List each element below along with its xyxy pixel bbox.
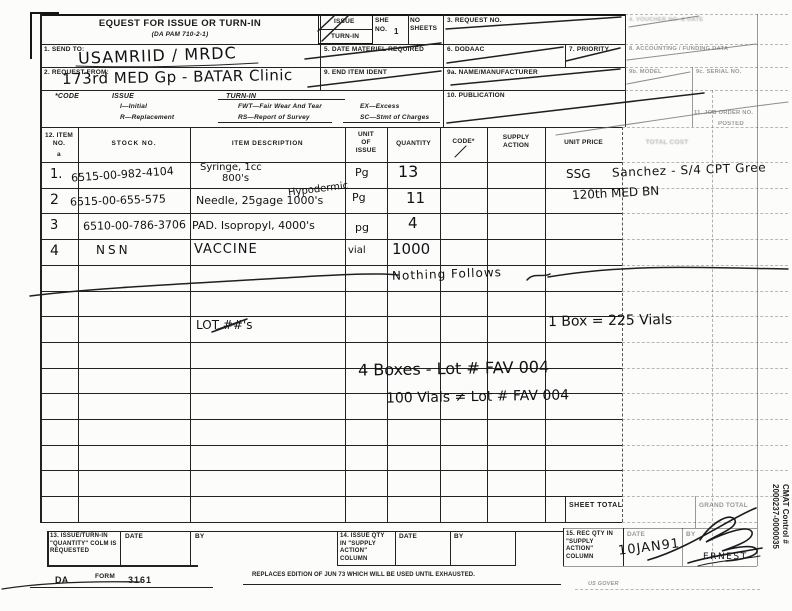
field-13-date: DATE: [125, 533, 143, 541]
grid-line: [682, 528, 683, 566]
cmat-control-stamp: CMAT Control # 2000237-0000035: [770, 484, 790, 586]
field-14-date: DATE: [399, 533, 417, 541]
col-quantity: QUANTITY: [387, 140, 440, 148]
note-box-equals: 1 Box = 225 Vials: [548, 312, 672, 330]
grid-line: [545, 127, 546, 522]
field-13-label: 13. ISSUE/TURN-IN "QUANTITY" COLM IS REQ…: [50, 533, 118, 556]
grid-line: [243, 584, 561, 585]
row3-desc: PAD. Isopropyl, 4000's: [192, 219, 315, 232]
grid-line: [40, 419, 622, 420]
grid-line: [622, 393, 788, 394]
legend-sc: SC—Stmt of Charges: [360, 114, 429, 122]
field-11-label: 11. JOB ORDER NO.: [694, 110, 753, 117]
field-9b-label: 9b. MODEL: [629, 69, 662, 76]
col-total-cost: TOTAL COST: [622, 139, 712, 147]
grid-line: [40, 239, 622, 240]
note-unit: 120th MED BN: [572, 184, 660, 203]
turnin-option: TURN-IN: [331, 33, 359, 41]
field-3-label: 3. REQUEST NO.: [447, 17, 502, 25]
grid-line: [692, 67, 693, 127]
cmat-line2: 2000237-0000035: [770, 484, 780, 586]
sheet-no-label: SHE: [375, 17, 389, 25]
grid-line: [47, 531, 563, 532]
field-4-label: 4. VOUCHER NO. & DATE: [629, 17, 703, 24]
grid-line: [625, 14, 788, 15]
row2-unit: Pg: [352, 191, 366, 204]
grid-line: [318, 29, 373, 30]
grid-line: [515, 531, 516, 566]
row3-unit: pg: [355, 221, 369, 234]
grid-line: [30, 587, 213, 588]
row4-unit: vial: [348, 245, 366, 256]
legend-turnin-label: TURN-IN: [226, 93, 256, 102]
grid-line: [622, 419, 788, 420]
row1-desc: Syringe, 1cc: [200, 162, 262, 173]
field-15-label: 15. REC QTY IN "SUPPLY ACTION" COLUMN: [566, 531, 620, 561]
grid-line: [408, 14, 409, 44]
field-6-label: 6. DODAAC: [447, 46, 485, 54]
grid-line: [622, 470, 788, 471]
grid-line: [622, 342, 788, 343]
grid-line: [440, 127, 441, 522]
grid-line: [40, 90, 625, 91]
field-9a-label: 9a. NAME/MANUFACTURER: [447, 69, 538, 77]
grid-line: [622, 368, 788, 369]
grid-line: [563, 528, 757, 529]
row3-stock: 6510-00-786-3706: [83, 218, 186, 233]
grid-line: [622, 127, 788, 128]
scanned-da-form-3161: EQUEST FOR ISSUE OR TURN-IN (DA PAM 710-…: [0, 0, 792, 611]
grid-line: [625, 14, 626, 127]
field-9c-label: 9c. SERIAL NO.: [696, 69, 742, 76]
lot-label: LOT ##'s: [196, 318, 253, 332]
field-7-label: 7. PRIORITY: [569, 46, 609, 54]
field-1-handwriting: USAMRIID / MRDC: [78, 43, 237, 68]
col-supply-action: SUPPLY ACTION: [494, 134, 538, 150]
row4-stock: NSN: [96, 243, 131, 257]
form-subtitle: (DA PAM 710-2-1): [42, 31, 318, 39]
col-item-description: ITEM DESCRIPTION: [190, 140, 345, 148]
grid-line: [40, 213, 622, 214]
field-14-label: 14. ISSUE QTY IN "SUPPLY ACTION" COLUMN: [340, 533, 392, 563]
grid-line: [218, 122, 332, 123]
legend-issue-label: ISSUE: [112, 93, 134, 102]
row3-item: 3: [50, 218, 58, 233]
note-100vials: 100 Vials ≠ Lot # FAV 004: [386, 387, 569, 406]
col-code: CODE*: [440, 138, 487, 146]
field-10-label: 10. PUBLICATION: [447, 92, 505, 100]
field-14-by: BY: [454, 533, 463, 541]
row1-unit: Pg: [355, 166, 369, 179]
field-15-date-handwriting: 10JAN91: [617, 536, 681, 558]
field-5-label: 5. DATE MATERIEL REQUIRED: [324, 46, 424, 54]
row2-desc: Needle, 25gage 1000's: [196, 194, 323, 207]
col-unit-of-issue: UNIT OF ISSUE: [353, 131, 379, 155]
row1-desc2: 800's: [222, 173, 249, 184]
nothing-follows: Nothing Follows: [392, 265, 502, 283]
cmat-line1: CMAT Control #: [780, 484, 790, 586]
grid-line: [387, 127, 388, 522]
handwritten-strokes: [0, 0, 792, 611]
grid-line: [622, 522, 757, 523]
grid-line: [695, 496, 696, 528]
form-number: 3161: [128, 575, 152, 586]
note-4boxes: 4 Boxes - Lot # FAV 004: [358, 357, 549, 379]
grid-line: [218, 99, 345, 100]
col-item-no: 12. ITEM NO.: [40, 132, 78, 148]
grid-line: [443, 14, 444, 127]
gpo-note: US GOVER: [588, 581, 619, 588]
form-word: FORM: [95, 573, 115, 581]
field-8-label: 8. ACCOUNTING / FUNDING DATA: [629, 46, 759, 53]
field-13-by: BY: [195, 533, 204, 541]
row1-stock: 6515-00-982-4104: [71, 164, 175, 184]
grid-line: [40, 44, 625, 45]
grid-line: [40, 522, 622, 523]
grid-line: [622, 496, 788, 497]
grid-line: [120, 531, 121, 566]
grid-line: [625, 44, 788, 45]
issue-option: ISSUE: [334, 18, 355, 26]
legend-fwt: FWT—Fair Wear And Tear: [238, 103, 322, 111]
field-2-handwriting: 173rd MED Gp - BATAR Clinic: [62, 66, 293, 88]
grid-line: [40, 265, 622, 266]
legend-code-label: *CODE: [55, 93, 79, 102]
grid-line: [563, 528, 564, 566]
form-title: EQUEST FOR ISSUE OR TURN-IN: [42, 18, 318, 30]
grid-line: [450, 531, 451, 566]
grid-line: [622, 265, 788, 266]
row1-qty: 13: [398, 162, 418, 181]
row1-item: 1.: [50, 167, 62, 182]
row4-qty: 1000: [392, 240, 430, 258]
legend-ex: EX—Excess: [360, 103, 399, 111]
sheet-no-value: 1: [394, 27, 399, 37]
legend-replacement: R—Replacement: [120, 114, 174, 122]
grid-line: [40, 445, 622, 446]
field-9-label: 9. END ITEM IDENT: [324, 69, 387, 77]
signature-name: ERNEST: [703, 552, 748, 562]
grand-total-label: GRAND TOTAL: [699, 502, 748, 510]
grid-line: [487, 127, 488, 522]
sheet-total-label: SHEET TOTAL: [569, 502, 622, 511]
grid-line: [78, 127, 79, 522]
no-sheets-label: NO SHEETS: [410, 17, 438, 33]
grid-line: [40, 470, 622, 471]
grid-line: [190, 531, 191, 566]
grid-line: [625, 90, 788, 91]
note-receiver-rank: SSG: [566, 167, 591, 181]
grid-line: [575, 589, 760, 590]
grid-line: [47, 565, 198, 567]
grid-line: [565, 496, 566, 522]
legend-rs: RS—Report of Survey: [238, 114, 310, 122]
grid-line: [622, 445, 788, 446]
grid-line: [47, 531, 49, 566]
grid-line: [622, 213, 788, 214]
grid-line: [757, 14, 758, 566]
grid-line: [40, 496, 622, 497]
sheet-no-label2: NO.: [375, 26, 387, 34]
col-stock-no: STOCK NO.: [78, 140, 190, 148]
grid-line: [40, 291, 622, 292]
row2-stock: 6515-00-655-575: [70, 192, 166, 208]
grid-line: [40, 67, 625, 68]
note-receiver: Sanchez - S/4 CPT Gree: [612, 160, 767, 179]
grid-line: [395, 531, 396, 566]
grid-line: [40, 127, 622, 128]
col-item-sub: a: [57, 151, 61, 159]
grid-line: [622, 291, 788, 292]
grid-line: [565, 44, 566, 67]
replaces-note: REPLACES EDITION OF JUN 73 WHICH WILL BE…: [252, 572, 475, 580]
row4-desc: VACCINE: [194, 242, 258, 257]
grid-line: [40, 342, 622, 343]
grid-line: [337, 531, 338, 566]
field-15-by: BY: [686, 531, 695, 539]
grid-line: [563, 566, 757, 567]
row4-item: 4: [50, 243, 59, 259]
posted-label: POSTED: [718, 121, 744, 129]
grid-line: [190, 127, 191, 522]
row2-qty: 11: [406, 189, 425, 207]
grid-line: [625, 67, 788, 68]
grid-line: [622, 239, 788, 240]
row3-qty: 4: [408, 214, 418, 232]
form-da: DA: [55, 575, 68, 586]
row2-item: 2: [50, 192, 59, 208]
grid-line: [40, 316, 622, 317]
grid-line: [343, 122, 440, 123]
grid-line: [40, 162, 622, 163]
grid-line: [337, 565, 515, 566]
field-15-date: DATE: [627, 531, 645, 539]
legend-initial: I—Initial: [120, 103, 147, 111]
col-unit-price: UNIT PRICE: [545, 139, 622, 147]
